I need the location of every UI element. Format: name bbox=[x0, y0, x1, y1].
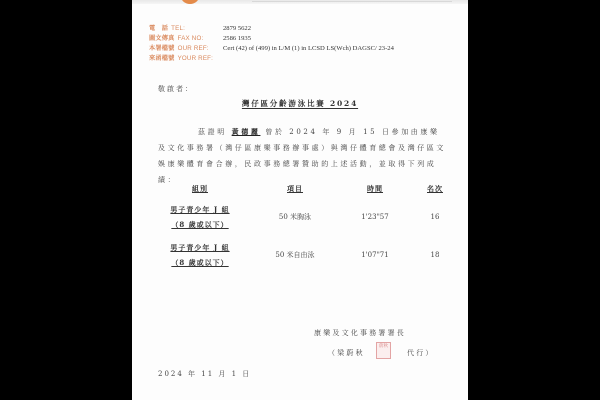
signer-name: （梁蔚秋 bbox=[328, 348, 365, 358]
header-row-our-ref: 本署檔號OUR REF: Cert (42) of (499) in L/M (… bbox=[149, 44, 394, 54]
our-ref-label-zh: 本署檔號 bbox=[149, 45, 175, 52]
signer-title: 康樂及文化事務署署長 bbox=[314, 328, 406, 338]
event-title: 灣仔區分齡游泳比賽 2024 bbox=[242, 99, 358, 108]
official-seal-icon: 蔚秋 bbox=[376, 342, 391, 359]
event-cell: 50 米自由泳 bbox=[255, 250, 335, 260]
body-rest: 曾於 2024 年 9 月 15 日參加由康樂及文化事務署（灣仔區康樂事務辦事處… bbox=[158, 128, 446, 184]
group-line1: 男子青少年 J 組 bbox=[145, 202, 255, 217]
header-row-fax: 圖文傳真FAX NO: 2586 1935 bbox=[149, 34, 394, 44]
header-time: 時間 bbox=[335, 184, 415, 198]
group-cell: 男子青少年 J 組 （8 歲或以下） bbox=[145, 240, 255, 270]
group-line2: （8 歲或以下） bbox=[145, 217, 255, 232]
salutation: 敬啟者： bbox=[158, 84, 194, 94]
letterhead-band bbox=[132, 0, 468, 4]
your-ref-label-en: YOUR REF: bbox=[178, 55, 214, 62]
body-prefix: 茲證明 bbox=[198, 128, 227, 136]
reference-header: 電 話TEL: 2879 5622 圖文傳真FAX NO: 2586 1935 … bbox=[149, 24, 394, 64]
tel-label-zh: 電 話 bbox=[149, 25, 168, 32]
header-row-your-ref: 來函檔號YOUR REF: bbox=[149, 54, 394, 64]
participant-name: 黃德麗 bbox=[232, 127, 261, 136]
your-ref-label-zh: 來函檔號 bbox=[149, 55, 175, 62]
acting-note: 代行） bbox=[407, 348, 435, 358]
fax-value: 2586 1935 bbox=[223, 34, 251, 44]
header-event: 項目 bbox=[255, 184, 335, 198]
our-ref-value: Cert (42) of (499) in L/M (1) in LCSD LS… bbox=[223, 44, 394, 54]
tel-value: 2879 5622 bbox=[223, 24, 251, 34]
results-table: 組別 項目 時間 名次 男子青少年 J 組 （8 歲或以下） 50 米胸泳 1'… bbox=[132, 184, 468, 274]
certificate-letter: 電 話TEL: 2879 5622 圖文傳真FAX NO: 2586 1935 … bbox=[132, 0, 468, 400]
event-cell: 50 米胸泳 bbox=[255, 212, 335, 222]
time-cell: 1'23"57 bbox=[335, 213, 415, 221]
our-ref-label-en: OUR REF: bbox=[178, 45, 209, 52]
letterhead-line bbox=[252, 1, 452, 2]
table-row: 男子青少年 J 組 （8 歲或以下） 50 米自由泳 1'07"71 18 bbox=[132, 236, 468, 274]
table-header: 組別 項目 時間 名次 bbox=[132, 184, 468, 198]
header-group: 組別 bbox=[145, 184, 255, 198]
time-cell: 1'07"71 bbox=[335, 251, 415, 259]
table-row: 男子青少年 J 組 （8 歲或以下） 50 米胸泳 1'23"57 16 bbox=[132, 198, 468, 236]
rank-cell: 18 bbox=[415, 251, 455, 259]
letter-title: 灣仔區分齡游泳比賽 2024 bbox=[132, 98, 468, 109]
group-cell: 男子青少年 J 組 （8 歲或以下） bbox=[145, 202, 255, 232]
header-rank: 名次 bbox=[415, 184, 455, 198]
rank-cell: 16 bbox=[415, 213, 455, 221]
header-row-tel: 電 話TEL: 2879 5622 bbox=[149, 24, 394, 34]
fax-label-en: FAX NO: bbox=[178, 35, 204, 42]
letter-body: 茲證明 黃德麗 曾於 2024 年 9 月 15 日參加由康樂及文化事務署（灣仔… bbox=[158, 124, 448, 188]
logo-mark bbox=[180, 0, 200, 4]
tel-label-en: TEL: bbox=[171, 25, 185, 32]
letter-date: 2024 年 11 月 1 日 bbox=[158, 369, 251, 379]
group-line2: （8 歲或以下） bbox=[145, 255, 255, 270]
fax-label-zh: 圖文傳真 bbox=[149, 35, 175, 42]
group-line1: 男子青少年 J 組 bbox=[145, 240, 255, 255]
